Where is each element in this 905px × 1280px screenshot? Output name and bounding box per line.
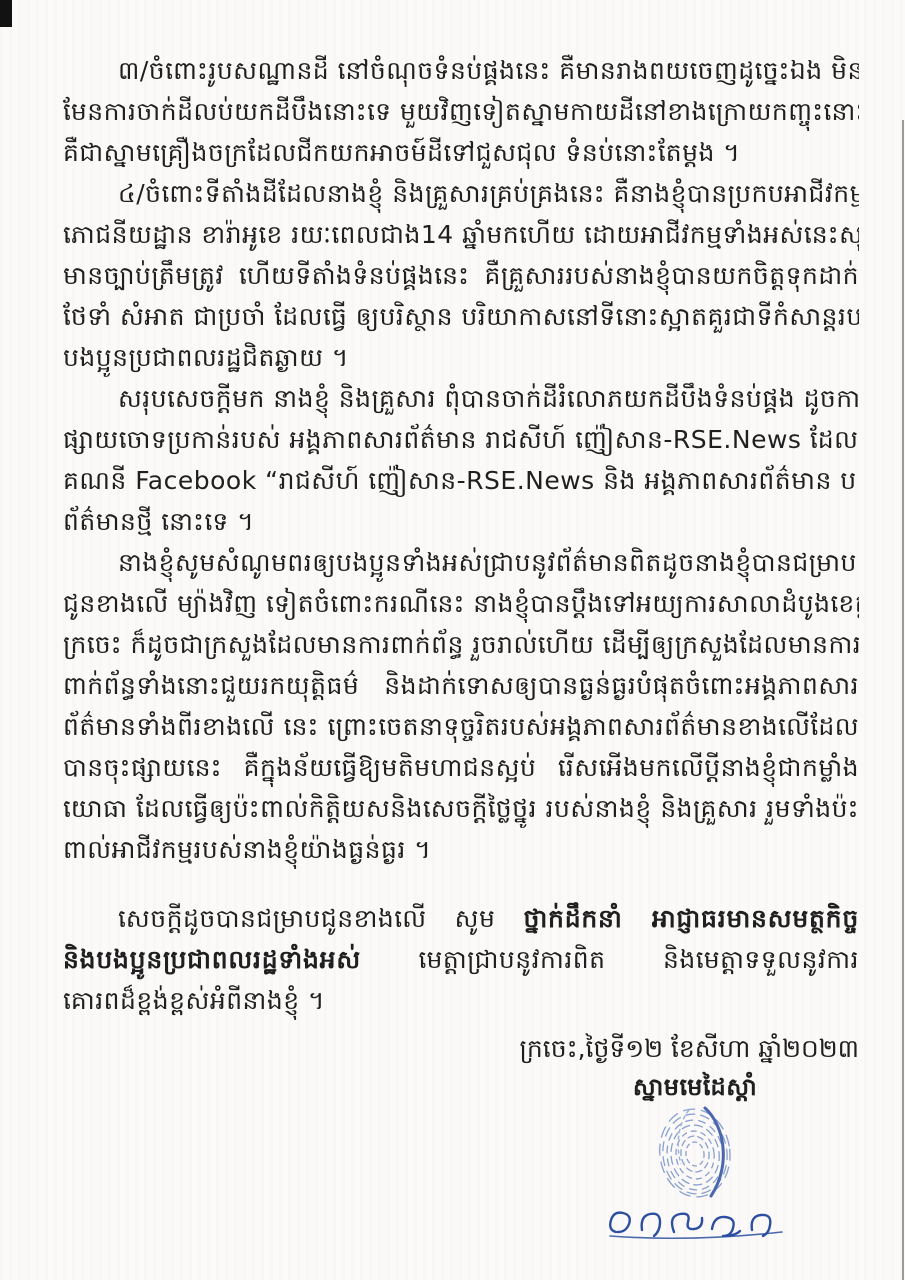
text-line: សេចក្តីដូចបានជម្រាបជូនខាងលើ សូម ថ្នាក់ដឹ… [63,898,859,939]
closing-regular-run: មេត្តាជ្រាបនូវការពិត និងមេត្តាទទួលនូវការ [361,945,859,974]
closing-regular-run: គោរពដ៏ខ្ពង់ខ្ពស់អំពីនាងខ្ញុំ ។ [63,986,325,1015]
text-line: មានច្បាប់ត្រឹមត្រូវ ហើយទីតាំងទំនប់ផ្គងនេ… [63,255,859,296]
text-line: ៤/ចំពោះទីតាំងដីដែលនាងខ្ញុំ និងគ្រួសារគ្រ… [63,173,859,214]
scanned-letter-page: ៣/ចំពោះរូបសណ្ឋានដី នៅចំណុចទំនប់ផ្គងនេះ គ… [0,0,905,1280]
text-line: បានចុះផ្សាយនេះ គឺក្នុងន័យធ្វើឱ្យមតិមហាជន… [63,747,859,788]
text-line: ពាល់អាជីវកម្មរបស់នាងខ្ញុំយ៉ាងធ្ងន់ធ្ងរ ។ [63,829,859,870]
text-line: ពាក់ព័ន្ធទាំងនោះជួយរកយុត្តិធម៌ និងដាក់ទោ… [63,665,859,706]
text-line: ថែទាំ សំអាត ជាប្រចាំ ដែលធ្វើ ឲ្យបរិស្ថាន… [63,296,859,337]
text-line: គណនី Facebook “រាជសីហ៍ ញ៉ៀសាន-RSE.News ន… [63,460,859,501]
text-line: ព័ត៌មានទាំងពីរខាងលើ នេះ ព្រោះចេតនាទុច្ចរ… [63,706,859,747]
date-place-line: ក្រចេះ,ថ្ងៃទី១២ ខែសីហា ឆ្នាំ២០២៣ [519,1032,859,1066]
thumbprint-stamp [645,1104,745,1200]
text-line: ក្រចេះ ក៏ដូចជាក្រសួងដែលមានការពាក់ព័ន្ធ រ… [63,624,859,665]
text-line: និងបងប្អូនប្រជាពលរដ្ឋទាំងអស់ មេត្តាជ្រាប… [63,939,859,980]
text-line: គោរពដ៏ខ្ពង់ខ្ពស់អំពីនាងខ្ញុំ ។ [63,980,859,1021]
signature-block: ស្នាមមេដៃស្តាំ [555,1072,835,1246]
text-line: គឺជាស្នាមគ្រឿងចក្រដែលជីកយកអាចម៍ដីទៅជួសជុ… [63,132,859,173]
scan-artifact-corner-mark [0,0,12,27]
closing-regular-run: សេចក្តីដូចបានជម្រាបជូនខាងលើ សូម [118,904,523,933]
paragraph-4: ៤/ចំពោះទីតាំងដីដែលនាងខ្ញុំ និងគ្រួសារគ្រ… [63,173,859,378]
closing-bold-run: ថ្នាក់ដឹកនាំ អាជ្ញាធរមានសមត្ថកិច្ច [523,904,859,933]
text-line: សរុបសេចក្តីមក នាងខ្ញុំ និងគ្រួសារ ពុំបាន… [63,378,859,419]
text-line: ៣/ចំពោះរូបសណ្ឋានដី នៅចំណុចទំនប់ផ្គងនេះ គ… [63,50,859,91]
letter-body: ៣/ចំពោះរូបសណ្ឋានដី នៅចំណុចទំនប់ផ្គងនេះ គ… [0,50,905,1021]
text-line: ផ្សាយចោទប្រកាន់របស់ អង្គភាពសារព័ត៌មាន រា… [63,419,859,460]
thumbprint-label: ស្នាមមេដៃស្តាំ [633,1072,757,1102]
text-line: មែនការចាក់ដីលប់យកដីបឹងនោះទេ មួយវិញទៀតស្ន… [63,91,859,132]
text-line: យោធា ដែលធ្វើឲ្យប៉ះពាល់កិត្តិយសនិងសេចក្តី… [63,788,859,829]
text-line: ភោជនីយដ្ឋាន ខារ៉ាអូខេ រយៈពេលជាង14 ឆ្នាំម… [63,214,859,255]
paragraph-request: នាងខ្ញុំសូមសំណូមពរឲ្យបងប្អូនទាំងអស់ជ្រាប… [63,542,859,870]
text-line: ព័ត៌មានថ្មី នោះទេ ។ [63,501,859,542]
paragraph-summary: សរុបសេចក្តីមក នាងខ្ញុំ និងគ្រួសារ ពុំបាន… [63,378,859,542]
text-line: នាងខ្ញុំសូមសំណូមពរឲ្យបងប្អូនទាំងអស់ជ្រាប… [63,542,859,583]
paragraph-3: ៣/ចំពោះរូបសណ្ឋានដី នៅចំណុចទំនប់ផ្គងនេះ គ… [63,50,859,173]
closing-bold-run: និងបងប្អូនប្រជាពលរដ្ឋទាំងអស់ [63,945,361,974]
paragraph-closing: សេចក្តីដូចបានជម្រាបជូនខាងលើ សូម ថ្នាក់ដឹ… [63,898,859,1021]
signature-handwriting [600,1202,790,1246]
text-line: ជូនខាងលើ ម្យ៉ាងវិញ ទៀតចំពោះករណីនេះ នាងខ្… [63,583,859,624]
text-line: បងប្អូនប្រជាពលរដ្ឋជិតឆ្ងាយ ។ [63,337,859,378]
